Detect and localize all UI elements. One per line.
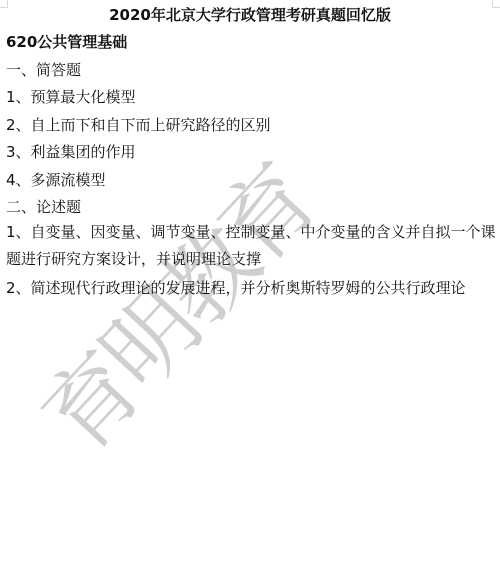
question-item: 1、预算最大化模型: [6, 86, 136, 108]
question-item: 4、多源流模型: [6, 169, 106, 191]
question-item: 3、利益集团的作用: [6, 141, 136, 163]
question-item: 2、简述现代行政理论的发展进程，并分析奥斯特罗姆的公共行政理论: [6, 277, 466, 299]
section-heading-short-answer: 一、简答题: [6, 59, 81, 81]
question-item: 1、自变量、因变量、调节变量、控制变量、中介变量的含义并自拟一个课题进行研究方案…: [6, 219, 496, 273]
subject-heading: 620公共管理基础: [6, 31, 127, 53]
section-heading-essay: 二、论述题: [6, 196, 81, 218]
document-page: 育明教育 2020年北京大学行政管理考研真题回忆版 620公共管理基础 一、简答…: [0, 0, 500, 576]
document-title: 2020年北京大学行政管理考研真题回忆版: [0, 4, 500, 26]
question-item: 2、自上而下和自下而上研究路径的区别: [6, 114, 271, 136]
